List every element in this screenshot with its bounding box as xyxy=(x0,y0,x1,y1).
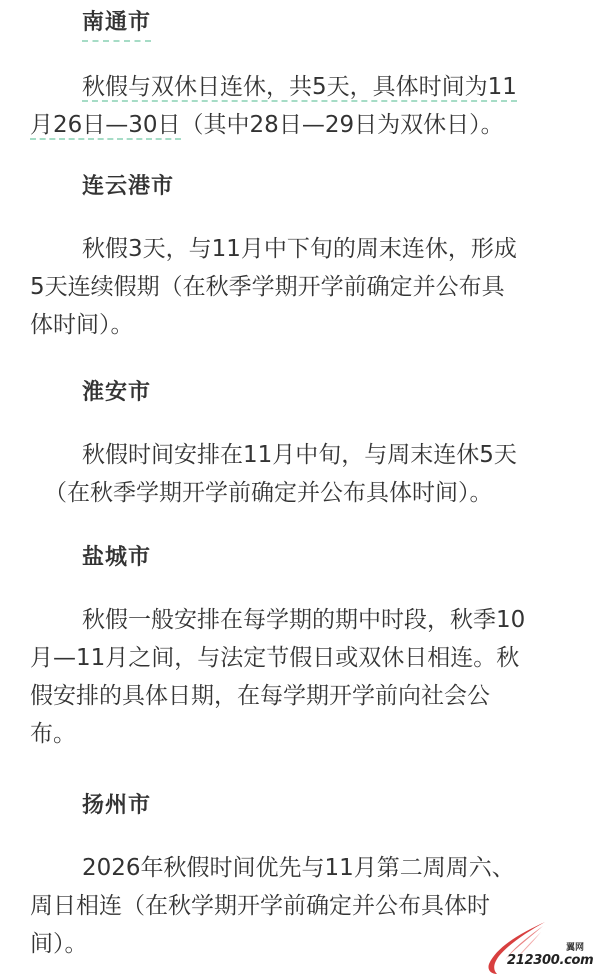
section-paragraph: 秋假3天，与11月中下旬的周末连休，形成 5天连续假期（在秋季学期开学前确定并公… xyxy=(30,230,582,344)
city-heading: 盐城市 xyxy=(82,543,151,573)
paragraph-line: 秋假3天，与11月中下旬的周末连休，形成 xyxy=(30,230,582,268)
watermark-cn-text: 翼网 xyxy=(566,940,584,953)
paragraph-line: 5天连续假期（在秋季学期开学前确定并公布具 xyxy=(30,268,582,306)
city-heading: 南通市 xyxy=(82,8,151,42)
section-paragraph: 秋假与双休日连休，共5天，具体时间为11 月26日—30日（其中28日—29日为… xyxy=(30,68,582,144)
paragraph-line: 2026年秋假时间优先与11月第二周周六、 xyxy=(30,849,582,887)
paragraph-line: 秋假时间安排在11月中旬，与周末连休5天 xyxy=(30,436,582,474)
paragraph-line: 假安排的具体日期，在每学期开学前向社会公 xyxy=(30,677,582,715)
city-heading: 扬州市 xyxy=(82,791,151,821)
paragraph-line: 月26日—30日（其中28日—29日为双休日）。 xyxy=(30,106,582,144)
watermark-domain-text: 212300.com xyxy=(507,953,593,968)
paragraph-line: 秋假一般安排在每学期的期中时段，秋季10 xyxy=(30,601,582,639)
paragraph-line: 体时间）。 xyxy=(30,306,582,344)
paragraph-line: 布。 xyxy=(30,715,582,753)
section-paragraph: 秋假时间安排在11月中旬，与周末连休5天 （在秋季学期开学前确定并公布具体时间）… xyxy=(30,436,582,512)
paragraph-line: 秋假与双休日连休，共5天，具体时间为11 xyxy=(30,68,582,106)
section-paragraph: 秋假一般安排在每学期的期中时段，秋季10 月—11月之间，与法定节假日或双休日相… xyxy=(30,601,582,753)
watermark: 翼网 212300.com xyxy=(483,920,593,976)
paragraph-line: （在秋季学期开学前确定并公布具体时间）。 xyxy=(44,474,582,512)
paragraph-line: 月—11月之间，与法定节假日或双休日相连。秋 xyxy=(30,639,582,677)
city-heading: 连云港市 xyxy=(82,172,174,202)
city-heading: 淮安市 xyxy=(82,378,151,408)
